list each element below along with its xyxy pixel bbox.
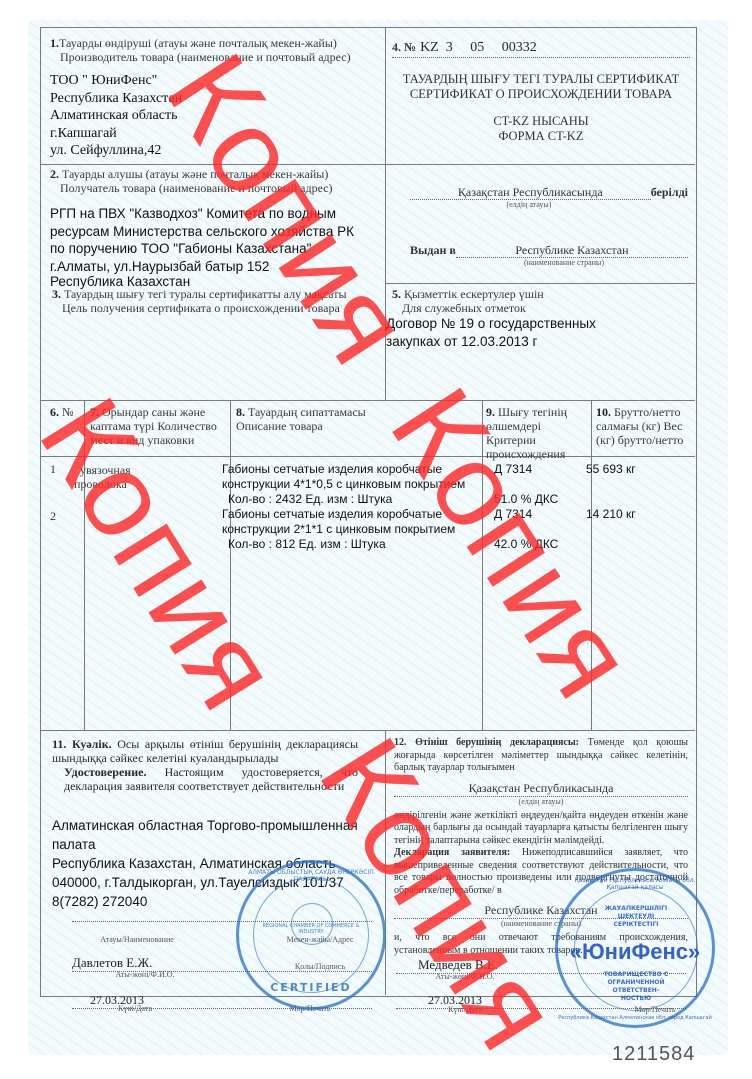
producer-line: г.Капшагай: [50, 125, 380, 143]
text-ru-block: Декларация заявителя: Нижеподписавшийся …: [394, 847, 688, 897]
col-num: 9.: [486, 405, 495, 419]
title-kk: ТАУАРДЫҢ ШЫҒУ ТЕГІ ТУРАЛЫ СЕРТИФИКАТ: [392, 72, 690, 87]
form-ru: ФОРМА CT-KZ: [392, 129, 690, 144]
row-number: 1: [50, 462, 56, 476]
col-header-packaging: 7. Орындар саны және каптама түрі Количе…: [90, 405, 228, 447]
box-number: 2.: [50, 167, 59, 181]
official-notes-text: Договор № 19 о государственных закупках …: [386, 315, 686, 351]
box-producer: 1.Тауарды өндіруші (атауы және почталық …: [50, 36, 380, 160]
description-line: конструкции 2*1*1 с цинковым покрытием: [222, 522, 482, 537]
label-ru: Производитель товара (наименование и поч…: [50, 50, 380, 64]
col-text: Орындар саны және каптама түрі Количеств…: [90, 405, 217, 447]
hint: (наименование страны): [394, 919, 688, 928]
title-ru: Декларация заявителя:: [394, 847, 510, 858]
issued-in-ru: Выдан в Республике Казахстан (наименован…: [410, 244, 688, 267]
recipient-address: РГП на ПВХ "Казводхоз" Комитета по водны…: [50, 205, 384, 288]
criteria-code: Д 7314: [494, 507, 589, 522]
declarant-name: Медведев В.Е.: [396, 957, 498, 972]
col-header-no: 6. №: [50, 405, 84, 419]
title-kk: Куәлік.: [72, 737, 112, 751]
text-kk-2: өндірілгенін және жеткілікті өңдеуден/қа…: [394, 810, 688, 848]
name-line: [72, 921, 372, 922]
hint: Күні/Дата: [440, 1005, 490, 1014]
hint: Аты-жөні/Ф.И.О.: [110, 970, 180, 979]
issued-ru-line: Выдан в Республике Казахстан: [410, 244, 688, 258]
hint: Мөр/Печать: [280, 1004, 340, 1013]
col-num: 8.: [236, 405, 245, 419]
chamber-line: палата: [52, 835, 372, 854]
hint: Атауы/Наименование: [72, 935, 202, 944]
col-header-description: 8. Тауардың сипаттамасы Описание товара: [236, 405, 396, 433]
recipient-line: г.Алматы, ул.Наурызбай батыр 152: [50, 258, 384, 276]
producer-name: ТОО " ЮниФенс": [50, 72, 380, 90]
label-ru: Цель получения сертификата о происхожден…: [52, 301, 382, 315]
box-number: 12.: [394, 737, 407, 748]
criteria-code: Д 7314: [494, 462, 589, 477]
producer-line: ул. Сейфуллина,42: [50, 142, 380, 160]
form-kk: CT-KZ НЫСАНЫ: [392, 114, 690, 129]
chamber-address: Алматинская областная Торгово-промышленн…: [52, 816, 372, 911]
divider: [385, 730, 386, 995]
divider: [230, 400, 231, 730]
label-ru: Получатель товара (наименование и почтов…: [50, 181, 384, 195]
quantity-line: Кол-во : 2432 Ед. изм : Штука: [222, 492, 482, 507]
recipient-line: по поручению ТОО "Габионы Казахстана": [50, 240, 384, 258]
box-number: 11.: [52, 737, 66, 751]
col-header-criteria: 9. Шығу тегінің өлшемдері Критерии проис…: [486, 405, 586, 461]
divider: [41, 456, 695, 457]
title-ru: СЕРТИФИКАТ О ПРОИСХОЖДЕНИИ ТОВАРА: [392, 87, 690, 102]
col-num: 7.: [90, 405, 99, 419]
col-num: 6.: [50, 405, 59, 419]
hint: (елдің атауы): [410, 200, 648, 209]
declaration-country-ru: Республике Казахстан: [394, 903, 688, 919]
label-ru: Для служебных отметок: [386, 301, 686, 315]
col-header-weight: 10. Брутто/нетто салмағы (кг) Вес (кг) б…: [596, 405, 692, 447]
label-kk: Тауарды алушы (атауы және почталық мекен…: [62, 167, 328, 181]
description-line: Габионы сетчатые изделия коробчатые: [222, 507, 482, 522]
label-kk: Тауарды өндіруші (атауы және почталық ме…: [59, 36, 337, 50]
chamber-line: Республика Казахстан, Алматинская област…: [52, 854, 372, 873]
issued-kk-line: Қазақстан Республикасында берілді: [410, 186, 688, 200]
box-certificate-number: 4. № KZ 3 05 00332 ТАУАРДЫҢ ШЫҒУ ТЕГІ ТУ…: [392, 40, 690, 144]
col-text: Тауардың сипаттамасы Описание товара: [236, 405, 366, 433]
hint: Қолы/Подпись: [270, 962, 370, 971]
box-number: 3.: [52, 287, 61, 301]
producer-address: ТОО " ЮниФенс" Республика Казахстан Алма…: [50, 72, 380, 160]
label-kk: Қызметтік ескертулер үшін: [404, 287, 544, 301]
text-ru-block: Удостоверение. Настоящим удостоверяется,…: [52, 765, 358, 793]
chamber-line: 040000, г.Талдыкорган, ул.Тауелсиздык 10…: [52, 873, 372, 892]
notes-line: закупках от 12.03.2013 г: [386, 333, 686, 351]
description-line: конструкции 4*1*0,5 с цинковым покрытием: [222, 477, 482, 492]
col-num: 10.: [596, 405, 611, 419]
hint: (наименование страны): [440, 258, 688, 267]
recipient-line: РГП на ПВХ "Казводхоз" Комитета по водны…: [50, 205, 384, 223]
box-recipient: 2. Тауарды алушы (атауы және почталық ме…: [50, 167, 384, 288]
weight-value: 55 693 кг: [586, 462, 686, 477]
box-official-notes: 5. Қызметтік ескертулер үшін Для служебн…: [386, 287, 686, 351]
hint: Мөр/Печать: [630, 1005, 680, 1014]
label-kk: Тауардың шығу тегі туралы сертификатты а…: [64, 287, 347, 301]
issued-label-ru: Выдан в: [410, 244, 456, 257]
hint: Күні/Дата: [110, 1004, 160, 1013]
weight-column: 55 693 кг 14 210 кг: [586, 462, 686, 522]
description-line: Габионы сетчатые изделия коробчатые: [222, 462, 482, 477]
divider: [41, 730, 695, 731]
chamber-line: Алматинская областная Торгово-промышленн…: [52, 816, 372, 835]
divider: [84, 400, 85, 730]
col-text: Шығу тегінің өлшемдері Критерии происхож…: [486, 405, 567, 461]
hint: Мекен-жайы/Адрес: [270, 935, 370, 944]
divider: [41, 164, 695, 165]
box-number: 1.: [50, 36, 59, 50]
chamber-line: 8(7282) 272040: [52, 892, 372, 911]
row-number: 2: [50, 509, 56, 523]
divider: [386, 283, 695, 284]
criteria-percent: 51.0 % ДКС: [494, 492, 589, 507]
issued-in-kk: Қазақстан Республикасында берілді (елдің…: [410, 186, 688, 209]
box-number: 5.: [392, 287, 401, 301]
divider: [41, 400, 695, 401]
title-ru: Удостоверение.: [64, 765, 146, 779]
title-kk: Өтініш берушінің декларациясы:: [415, 737, 579, 748]
number-label: 4. №: [392, 40, 416, 54]
producer-line: Республика Казахстан: [50, 90, 380, 108]
issued-country-kk: Қазақстан Республикасында: [410, 186, 651, 200]
issued-country-ru: Республике Казахстан: [456, 244, 688, 258]
divider: [591, 400, 592, 730]
certificate-number: KZ 3 05 00332: [420, 40, 537, 56]
serial-number: 1211584: [612, 1043, 695, 1066]
notes-line: Договор № 19 о государственных: [386, 315, 686, 333]
divider: [482, 400, 483, 730]
declaration-country-kk: Қазақстан Республикасында: [394, 781, 688, 797]
table-row: Габионы сетчатые изделия коробчатые конс…: [222, 462, 482, 552]
box-certification: 11. Куәлік. Осы арқылы өтініш берушінің …: [52, 737, 358, 793]
text-ru-2: и, что все они отвечают требованиям прои…: [394, 932, 688, 957]
signer-name: Давлетов Е.Ж.: [72, 955, 152, 970]
criteria-column: Д 7314 51.0 % ДКС Д 7314 42.0 % ДКС: [494, 462, 589, 552]
hint: (елдің атауы): [394, 797, 688, 806]
weight-value: 14 210 кг: [586, 507, 686, 522]
col-text: №: [62, 405, 73, 419]
issued-label-kk: берілді: [651, 186, 688, 199]
criteria-percent: 42.0 % ДКС: [494, 537, 589, 552]
quantity-line: Кол-во : 812 Ед. изм : Штука: [222, 537, 482, 552]
packaging-type: увязочная проволока: [74, 463, 154, 491]
certificate-title: ТАУАРДЫҢ ШЫҒУ ТЕГІ ТУРАЛЫ СЕРТИФИКАТ СЕР…: [392, 72, 690, 144]
recipient-line: ресурсам Министерства сельского хозяйств…: [50, 223, 384, 241]
box-declaration: 12. Өтініш берушінің декларациясы: Төмен…: [394, 737, 688, 957]
hint: Аты-жөні/Ф.И.О.: [430, 972, 500, 981]
box-purpose: 3. Тауардың шығу тегі туралы сертификатт…: [52, 287, 382, 315]
producer-line: Алматинская область: [50, 107, 380, 125]
number-line: 4. № KZ 3 05 00332: [392, 40, 690, 58]
